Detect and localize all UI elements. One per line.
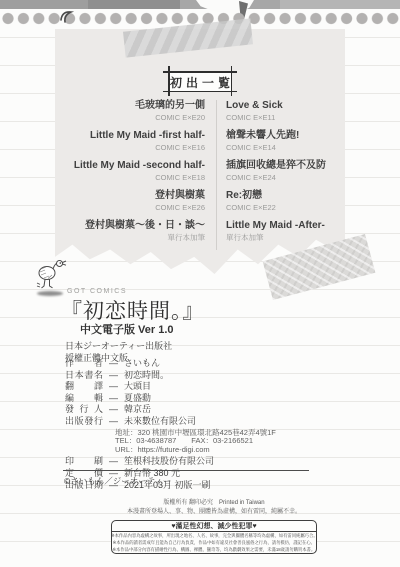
- credit-label: 印刷: [65, 456, 103, 468]
- credit-value: 未來數位有限公司: [124, 416, 365, 428]
- publisher-note-jp: 日本ジーオーティー出版社: [65, 341, 172, 352]
- credit-label: 編輯: [65, 393, 103, 405]
- publication-entry: Re:初戀 COMIC E×E22: [226, 190, 329, 212]
- publication-entry: 插旗回收總是猝不及防 COMIC E×E24: [226, 160, 329, 182]
- credit-label: 發行人: [65, 404, 103, 416]
- colophon-page: 初出一覧 毛玻璃的另一側 COMIC E×E20 Little My Maid …: [0, 0, 400, 567]
- publication-title: Little My Maid -first half-: [73, 130, 205, 142]
- credit-value: 夏盛勳: [124, 393, 365, 405]
- publication-source: COMIC E×E22: [226, 203, 329, 212]
- publication-source: COMIC E×E26: [73, 203, 205, 212]
- publication-source: COMIC E×E11: [226, 113, 329, 122]
- credit-label: 翻譯: [65, 381, 103, 393]
- credit-row: 印刷 — 笙根科技股份有限公司: [65, 456, 365, 468]
- credit-dash: —: [109, 416, 118, 428]
- publisher-url: URL：https://future-digi.com: [115, 446, 365, 455]
- bird-doodle-icon: [36, 259, 68, 291]
- credit-row: 翻譯 — 大頭目: [65, 381, 365, 393]
- credit-dash: —: [109, 358, 118, 370]
- publication-title: Little My Maid -second half-: [73, 160, 205, 172]
- credit-row: 編輯 — 夏盛勳: [65, 393, 365, 405]
- publication-entry: 登村與樹菓 COMIC E×E26: [73, 190, 205, 212]
- credit-row: 作者 — さいもん: [65, 358, 365, 370]
- publication-title: Re:初戀: [226, 190, 329, 202]
- credit-value: 韓京岳: [124, 404, 365, 416]
- publication-source: COMIC E×E20: [73, 113, 205, 122]
- credit-row: 發行人 — 韓京岳: [65, 404, 365, 416]
- brand-label: GOT COMICS: [67, 288, 127, 295]
- publication-title: 插旗回收總是猝不及防: [226, 160, 329, 172]
- credit-value: 初恋時間。: [124, 370, 365, 382]
- notice-box: ♥滿足性幻想、減少性犯罪♥ ※本作品內容為虛構之故事，所出現之地名、人名、故事，…: [111, 520, 317, 554]
- credit-dash: —: [109, 456, 118, 468]
- first-publication-heading: 初出一覧: [163, 74, 237, 91]
- credit-label: 日本書名: [65, 370, 103, 382]
- credit-dash: —: [109, 404, 118, 416]
- publisher-details: 地址：320 桃園市中壢區環北路425巷42弄4號1F TEL：03-46387…: [115, 429, 365, 455]
- credit-dash: —: [109, 370, 118, 382]
- publication-column-right: Love & Sick COMIC E×E11 槍聲未響人先跑! COMIC E…: [216, 100, 329, 250]
- publication-entry: Little My Maid -second half- COMIC E×E18: [73, 160, 205, 182]
- rights-line: 版權所有 翻印必究 Printed in Taiwan: [30, 499, 398, 508]
- publication-entry: 槍聲未響人先跑! COMIC E×E14: [226, 130, 329, 152]
- notice-heading: ♥滿足性幻想、減少性犯罪♥: [112, 521, 316, 532]
- credit-row: 日本書名 — 初恋時間。: [65, 370, 365, 382]
- first-publication-list: 毛玻璃的另一側 COMIC E×E20 Little My Maid -firs…: [73, 100, 329, 250]
- notice-lines: ※本作品內容為虛構之故事，所出現之地名、人名、故事，完全與團體名稱等均為虛構，如…: [112, 532, 316, 554]
- publication-entry: Love & Sick COMIC E×E11: [226, 100, 329, 122]
- first-publication-heading-box: 初出一覧: [163, 66, 237, 96]
- pen-squiggle-icon: [58, 8, 80, 24]
- publication-column-left: 毛玻璃的另一側 COMIC E×E20 Little My Maid -firs…: [73, 100, 216, 250]
- publication-entry: 毛玻璃的另一側 COMIC E×E20: [73, 100, 205, 122]
- disclaimer-line: 本漫畫所登場人、事、物、團體皆為虛構，如有雷同，純屬不幸。: [30, 508, 398, 517]
- credit-dash: —: [109, 381, 118, 393]
- publication-source: 單行本加筆: [73, 233, 205, 242]
- footer: 版權所有 翻印必究 Printed in Taiwan 本漫畫所登場人、事、物、…: [30, 499, 398, 516]
- credit-value: 笙根科技股份有限公司: [124, 456, 365, 468]
- credit-row: 出版發行 — 未來數位有限公司: [65, 416, 365, 428]
- publication-title: 毛玻璃的另一側: [73, 100, 205, 112]
- credit-label: 作者: [65, 358, 103, 370]
- publication-source: COMIC E×E14: [226, 143, 329, 152]
- publication-entry: Little My Maid -After- 單行本加筆: [226, 220, 329, 242]
- publication-entry: 登村與樹菓～後・日・談～ 單行本加筆: [73, 220, 205, 242]
- notice-line: ※本作品的讀者需成年且能為自己行為負責，作品中如有違反社會善良風俗之行為，請勿模…: [111, 541, 317, 546]
- publication-source: COMIC E×E18: [73, 173, 205, 182]
- bird-shadow: [37, 291, 63, 296]
- publication-title: 槍聲未響人先跑!: [226, 130, 329, 142]
- publication-source: COMIC E×E16: [73, 143, 205, 152]
- publication-title: Little My Maid -After-: [226, 220, 329, 232]
- credit-value: 大頭目: [124, 381, 365, 393]
- notice-line: ※本作品內容為虛構之故事，所出現之地名、人名、故事，完全與團體名稱等均為虛構，如…: [111, 534, 317, 539]
- publication-source: 單行本加筆: [226, 233, 329, 242]
- copyright-line: ©さいもん／ジーオーティー: [64, 475, 171, 487]
- publication-title: 登村與樹菓～後・日・談～: [73, 220, 205, 232]
- credit-dash: —: [109, 393, 118, 405]
- publication-title: Love & Sick: [226, 100, 329, 112]
- edition-label: 中文電子版 Ver 1.0: [80, 321, 174, 337]
- credit-value: さいもん: [124, 358, 365, 370]
- credits-divider: [63, 470, 309, 471]
- publication-title: 登村與樹菓: [73, 190, 205, 202]
- notice-line: ※本作品中部分內容有描繪性行為、構圖、裸體、獵奇等，均為戲劇效果之需要，未滿18…: [111, 548, 317, 553]
- publication-source: COMIC E×E24: [226, 173, 329, 182]
- publication-entry: Little My Maid -first half- COMIC E×E16: [73, 130, 205, 152]
- credit-label: 出版發行: [65, 416, 103, 428]
